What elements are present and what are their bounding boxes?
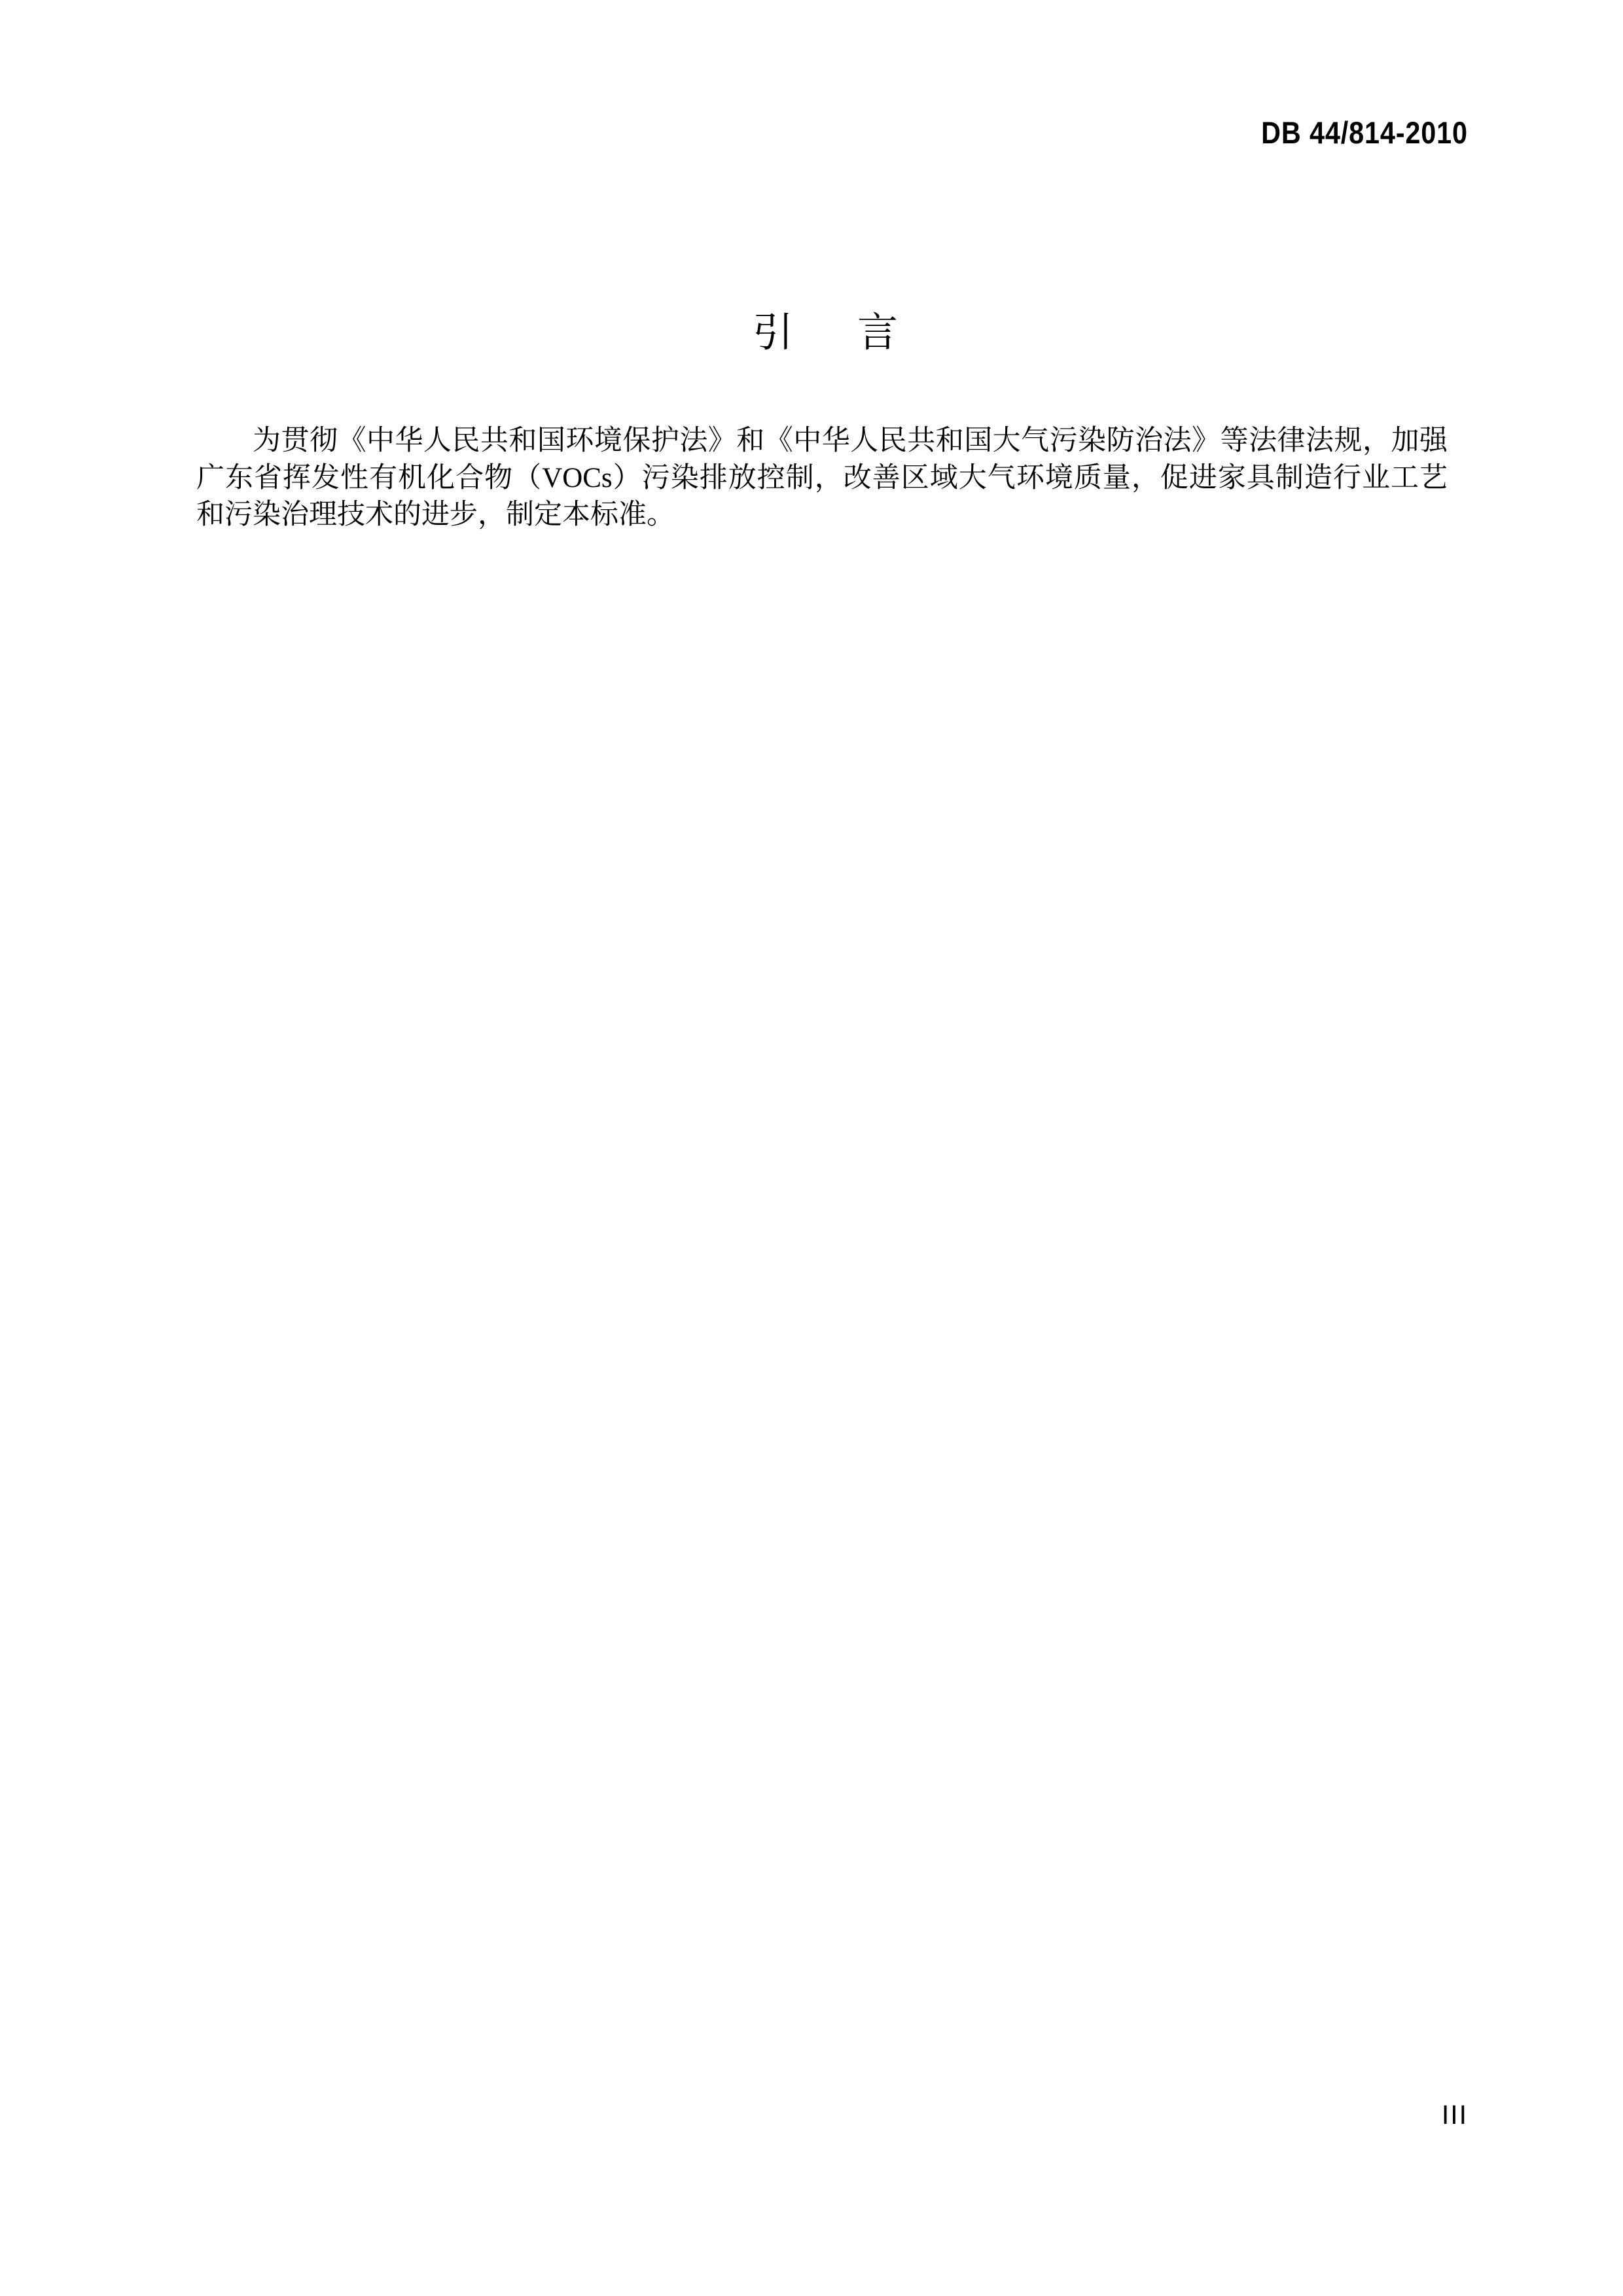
standard-code-header: DB 44/814-2010 (1261, 115, 1468, 151)
intro-paragraph: 为贯彻《中华人民共和国环境保护法》和《中华人民共和国大气污染防治法》等法律法规，… (196, 423, 1448, 534)
page-number: III (1442, 2100, 1468, 2130)
document-page: DB 44/814-2010 引 言 为贯彻《中华人民共和国环境保护法》和《中华… (0, 0, 1623, 2296)
page-title: 引 言 (20, 300, 1623, 358)
